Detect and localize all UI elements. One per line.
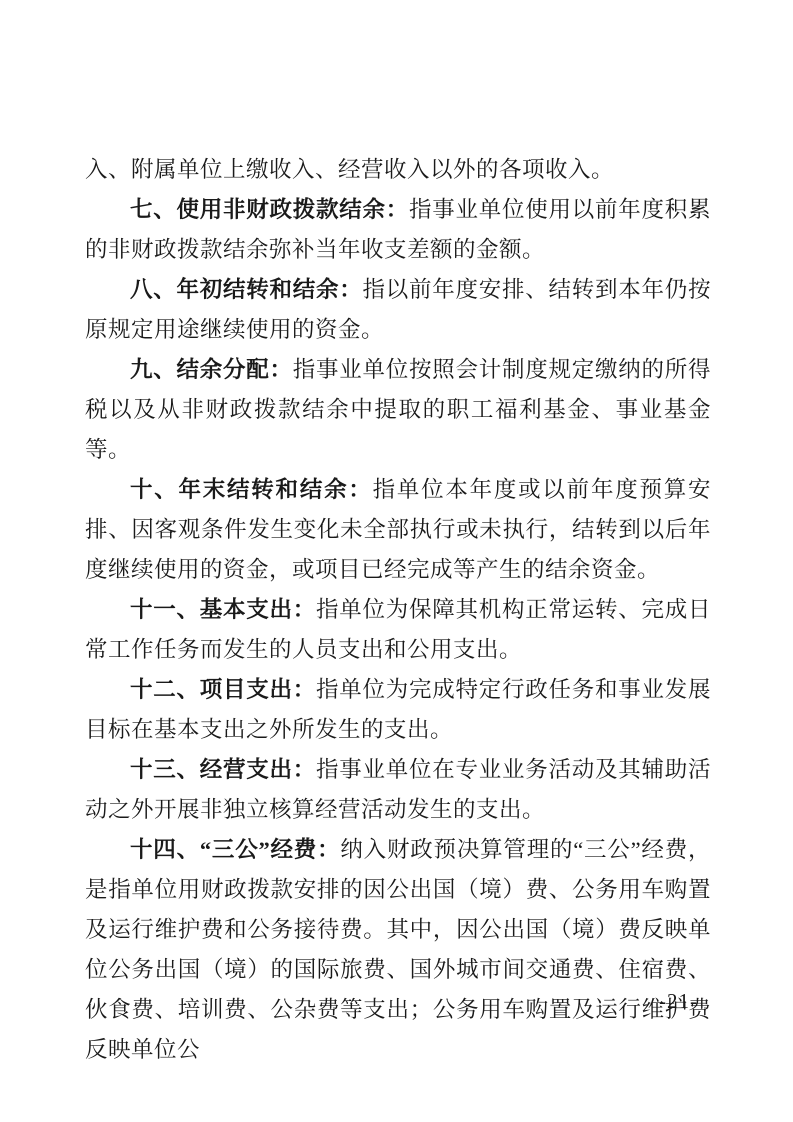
paragraph-lead: 十、年末结转和结余：: [130, 477, 373, 502]
paragraph: 十四、“三公”经费：纳入财政预决算管理的“三公”经费，是指单位用财政拨款安排的因…: [85, 830, 711, 1070]
paragraph-lead: 十二、项目支出：: [130, 677, 316, 702]
paragraph: 十、年末结转和结余：指单位本年度或以前年度预算安排、因客观条件发生变化未全部执行…: [85, 470, 711, 590]
paragraph: 十三、经营支出：指事业单位在专业业务活动及其辅助活动之外开展非独立核算经营活动发…: [85, 750, 711, 830]
paragraph-lead: 十四、“三公”经费：: [130, 837, 340, 862]
paragraph-lead: 十三、经营支出：: [130, 757, 316, 782]
paragraph: 十一、基本支出：指单位为保障其机构正常运转、完成日常工作任务而发生的人员支出和公…: [85, 590, 711, 670]
paragraph: 入、附属单位上缴收入、经营收入以外的各项收入。: [85, 150, 711, 190]
paragraph-text: 入、附属单位上缴收入、经营收入以外的各项收入。: [85, 157, 614, 182]
document-page: 入、附属单位上缴收入、经营收入以外的各项收入。七、使用非财政拨款结余：指事业单位…: [0, 0, 793, 1122]
paragraph: 十二、项目支出：指单位为完成特定行政任务和事业发展目标在基本支出之外所发生的支出…: [85, 670, 711, 750]
paragraph: 七、使用非财政拨款结余：指事业单位使用以前年度积累的非财政拨款结余弥补当年收支差…: [85, 190, 711, 270]
page-footer: -21-: [659, 988, 698, 1014]
paragraph-lead: 七、使用非财政拨款结余：: [130, 197, 409, 222]
document-body: 入、附属单位上缴收入、经营收入以外的各项收入。七、使用非财政拨款结余：指事业单位…: [85, 150, 711, 1070]
paragraph-text: 纳入财政预决算管理的“三公”经费，是指单位用财政拨款安排的因公出国（境）费、公务…: [85, 837, 711, 1062]
paragraph-lead: 九、结余分配：: [130, 357, 293, 382]
paragraph-lead: 十一、基本支出：: [130, 597, 316, 622]
paragraph: 八、年初结转和结余：指以前年度安排、结转到本年仍按原规定用途继续使用的资金。: [85, 270, 711, 350]
paragraph: 九、结余分配：指事业单位按照会计制度规定缴纳的所得税以及从非财政拨款结余中提取的…: [85, 350, 711, 470]
paragraph-lead: 八、年初结转和结余：: [130, 277, 363, 302]
page-number: -21-: [659, 989, 698, 1013]
